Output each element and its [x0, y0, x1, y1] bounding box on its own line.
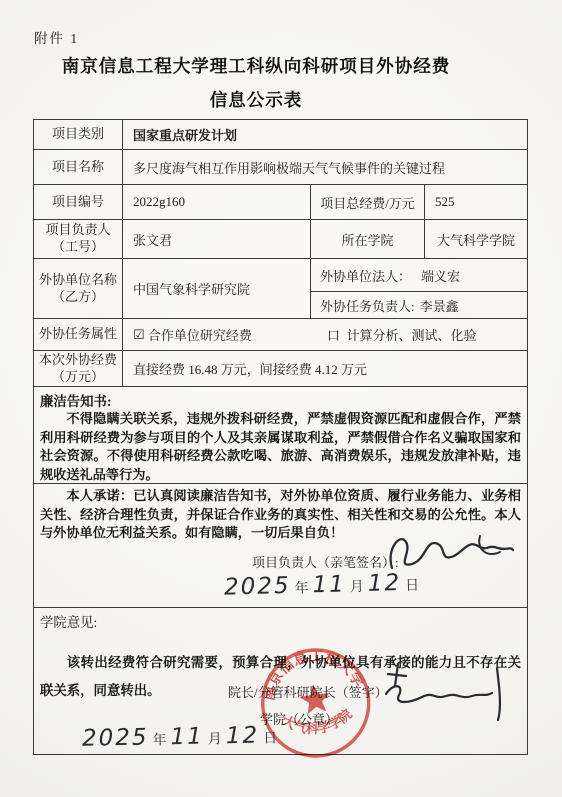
- section-integrity-notice: 廉洁告知书: 不得隐瞒关联关系，违规外拨科研经费，严禁虚假资源匹配和虚假合作，严…: [34, 387, 527, 484]
- project-leader-value: 张文君: [123, 220, 311, 258]
- current-funding-label: 本次外协经费 （万元）: [34, 351, 123, 386]
- legal-person-value: 端义宏: [421, 266, 460, 285]
- task-attribute-options: ☑ 合作单位研究经费 口 计算分析、测试、化验: [123, 319, 527, 350]
- unchecked-checkbox-icon: 口: [327, 328, 340, 343]
- commitment-date-month: 11: [312, 571, 346, 598]
- leader-sign-label: 项目负责人（亲笔签名）:: [252, 552, 399, 571]
- row-project-number: 项目编号 2022g160 项目总经费/万元 525: [34, 185, 527, 220]
- project-name-label: 项目名称: [34, 150, 123, 184]
- checked-checkbox-icon: ☑: [133, 327, 145, 343]
- seal-bottom-text: 大气科学学院: [278, 704, 356, 742]
- task-attribute-label: 外协任务属性: [34, 319, 123, 350]
- form-table: 项目类别 国家重点研发计划 项目名称 多尺度海气相互作用影响极端天气气候事件的关…: [33, 119, 528, 755]
- row-project-name: 项目名称 多尺度海气相互作用影响极端天气气候事件的关键过程: [34, 150, 527, 185]
- partner-unit-label: 外协单位名称 （乙方）: [34, 259, 123, 318]
- college-label: 所在学院: [311, 220, 425, 258]
- row-project-leader: 项目负责人 （工号） 张文君 所在学院 大气科学学院: [34, 220, 527, 259]
- commitment-date-day: 12: [367, 570, 401, 597]
- form-title-line1: 南京信息工程大学理工科纵向科研项目外协经费: [0, 53, 512, 78]
- project-number-value: 2022g160: [123, 185, 311, 219]
- row-project-category: 项目类别 国家重点研发计划: [34, 120, 527, 150]
- section-college-opinion: 学院意见: 该转出经费符合研究需要，预算合理，外协单位具有承接的能力且不存在关联…: [34, 608, 527, 756]
- college-date-month: 11: [170, 724, 204, 751]
- integrity-notice-paragraph: 不得隐瞒关联关系，违规外拨科研经费，严禁虚假资源匹配和虚假合作，严禁利用科研经费…: [40, 410, 521, 484]
- seal-star-icon: [298, 682, 332, 715]
- commitment-date: 2025 年 11 月 12 日: [224, 569, 424, 600]
- form-title-line2: 信息公示表: [0, 87, 512, 112]
- project-number-label: 项目编号: [34, 185, 123, 219]
- college-date: 2025 年 11 月 12 日: [82, 722, 282, 751]
- project-leader-label: 项目负责人 （工号）: [34, 220, 123, 258]
- college-date-year: 2025: [82, 725, 149, 752]
- partner-contacts: 外协单位法人： 端义宏 外协任务负责人: 李景鑫: [311, 259, 527, 318]
- college-opinion-label: 学院意见:: [40, 612, 521, 631]
- legal-person-line: 外协单位法人： 端义宏: [311, 259, 527, 292]
- commitment-date-year: 2025: [224, 573, 291, 601]
- scanned-form-page: 附件 1 南京信息工程大学理工科纵向科研项目外协经费 信息公示表 项目类别 国家…: [0, 0, 562, 797]
- option-analysis-test: 口 计算分析、测试、化验: [327, 325, 477, 344]
- project-name-value: 多尺度海气相互作用影响极端天气气候事件的关键过程: [123, 150, 527, 184]
- option-cooperation-funding: 合作单位研究经费: [148, 325, 252, 344]
- dean-signature: [376, 658, 526, 726]
- total-budget-value: 525: [425, 185, 527, 219]
- partner-unit-value: 中国气象科学研究院: [123, 259, 311, 318]
- row-current-funding: 本次外协经费 （万元） 直接经费 16.48 万元，间接经费 4.12 万元: [34, 351, 527, 387]
- project-category-value: 国家重点研发计划: [123, 120, 527, 149]
- project-category-label: 项目类别: [34, 120, 123, 149]
- total-budget-label: 项目总经费/万元: [311, 185, 425, 219]
- current-funding-value: 直接经费 16.48 万元，间接经费 4.12 万元: [123, 351, 527, 386]
- task-leader-line: 外协任务负责人: 李景鑫: [311, 292, 527, 318]
- integrity-notice-label: 廉洁告知书:: [40, 391, 521, 410]
- section-commitment: 本人承诺：已认真阅读廉洁告知书，对外协单位资质、履行业务能力、业务相关性、经济合…: [34, 484, 527, 608]
- svg-text:大气科学学院: 大气科学学院: [278, 704, 356, 742]
- task-leader-value: 李景鑫: [420, 296, 459, 315]
- row-partner-unit: 外协单位名称 （乙方） 中国气象科学研究院 外协单位法人： 端义宏 外协任务负责…: [34, 259, 527, 319]
- attachment-label: 附件 1: [34, 27, 79, 47]
- row-task-attribute: 外协任务属性 ☑ 合作单位研究经费 口 计算分析、测试、化验: [34, 319, 527, 351]
- college-value: 大气科学学院: [425, 220, 527, 258]
- college-date-day: 12: [226, 723, 260, 750]
- college-seal: 南京信息工程大学 大气科学学院: [251, 639, 380, 772]
